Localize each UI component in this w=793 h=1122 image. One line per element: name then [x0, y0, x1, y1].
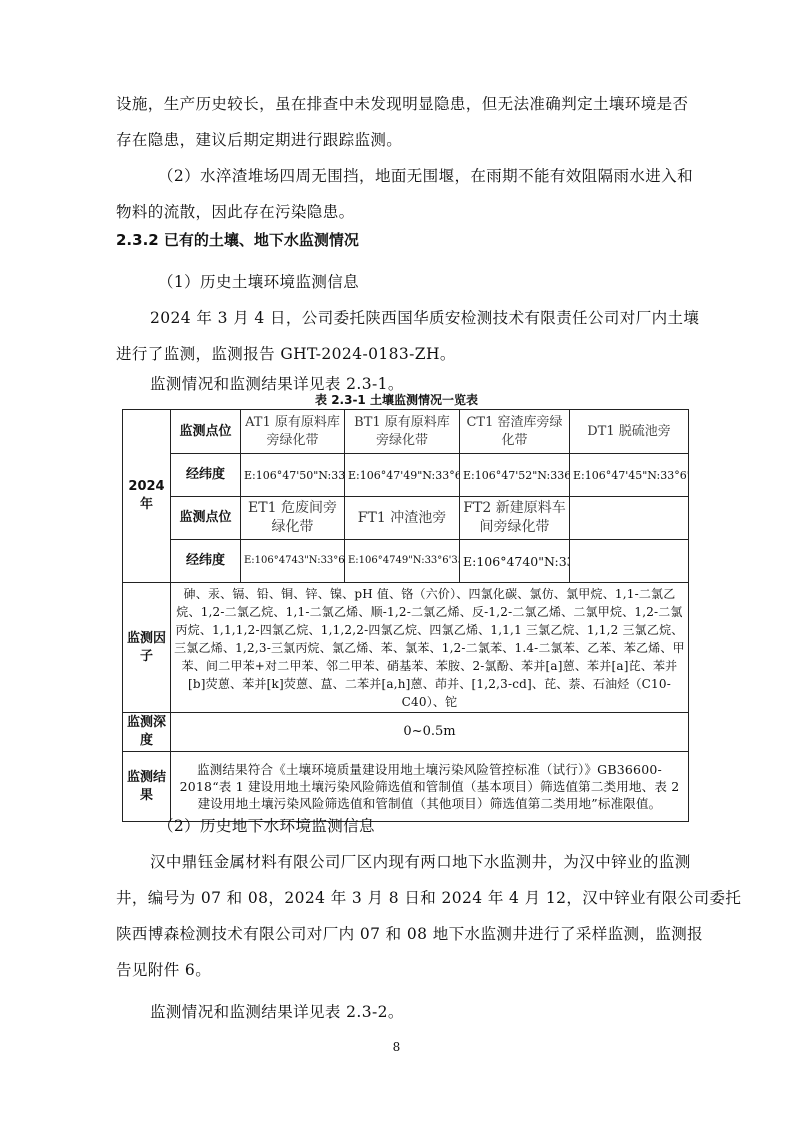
coord-cell: E:106°47'50"N:33°6'36": [241, 454, 345, 497]
empty-cell: [570, 540, 689, 583]
point-cell: FT2 新建原料车间旁绿化带: [460, 497, 570, 540]
coord-cell: E:106°47'52"N:336'35": [460, 454, 570, 497]
label-coord: 经纬度: [171, 540, 241, 583]
subheading-soil: （1）历史土壤环境监测信息: [158, 264, 733, 300]
subheading-groundwater: （2）历史地下水环境监测信息: [158, 808, 733, 844]
table-caption: 表 2.3-1 土壤监测情况一览表: [0, 392, 793, 408]
text-line: 2024 年 3 月 4 日，公司委托陕西国华质安检测技术有限责任公司对厂内土壤: [150, 300, 690, 336]
table-reference: 监测情况和监测结果详见表 2.3-2。: [150, 994, 690, 1030]
factors-cell: 砷、汞、镉、铅、铜、锌、镍、pH 值、铬（六价）、四氯化碳、氯仿、氯甲烷、1,1…: [171, 583, 689, 713]
coord-cell: E:106°4749"N:33°6'35: [345, 540, 460, 583]
year-number: 2024: [126, 478, 167, 496]
text-line: （2）水淬渣堆场四周无围挡，地面无围堰，在雨期不能有效阻隔雨水进入和: [158, 158, 733, 194]
text-line: 物料的流散，因此存在污染隐患。: [116, 194, 691, 230]
year-unit: 年: [126, 496, 167, 514]
point-cell: DT1 脱硫池旁: [570, 410, 689, 454]
coord-cell: E:106°4740"N:33°633": [460, 540, 570, 583]
text-line: 告见附件 6。: [116, 952, 691, 988]
empty-cell: [570, 497, 689, 540]
year-cell: 2024 年: [123, 410, 171, 583]
point-cell: CT1 窑渣库旁绿化带: [460, 410, 570, 454]
text-line: 井，编号为 07 和 08，2024 年 3 月 8 日和 2024 年 4 月…: [116, 880, 691, 916]
label-depth: 监测深度: [123, 713, 171, 752]
coord-cell: E:106°47'49"N:33°6'36": [345, 454, 460, 497]
depth-cell: 0~0.5m: [171, 713, 689, 752]
text-line: 设施，生产历史较长，虽在排查中未发现明显隐患，但无法准确判定土壤环境是否: [116, 86, 691, 122]
label-point: 监测点位: [171, 410, 241, 454]
label-coord: 经纬度: [171, 454, 241, 497]
point-cell: AT1 原有原料库旁绿化带: [241, 410, 345, 454]
label-point: 监测点位: [171, 497, 241, 540]
section-heading: 2.3.2 已有的土壤、地下水监测情况: [116, 228, 359, 252]
label-factors: 监测因子: [123, 583, 171, 713]
page-number: 8: [0, 1040, 793, 1054]
text-line: 陕西博森检测技术有限公司对厂内 07 和 08 地下水监测井进行了采样监测，监测…: [116, 916, 691, 952]
text-line: 汉中鼎钰金属材料有限公司厂区内现有两口地下水监测井，为汉中锌业的监测: [150, 844, 690, 880]
point-cell: BT1 原有原料库旁绿化带: [345, 410, 460, 454]
soil-monitoring-table: 2024 年 监测点位 AT1 原有原料库旁绿化带 BT1 原有原料库旁绿化带 …: [122, 409, 689, 822]
point-cell: FT1 冲渣池旁: [345, 497, 460, 540]
coord-cell: E:106°47'45"N:33°6'34": [570, 454, 689, 497]
coord-cell: E:106°4743"N:33°6'33": [241, 540, 345, 583]
point-cell: ET1 危废间旁绿化带: [241, 497, 345, 540]
text-line: 存在隐患，建议后期定期进行跟踪监测。: [116, 122, 691, 158]
